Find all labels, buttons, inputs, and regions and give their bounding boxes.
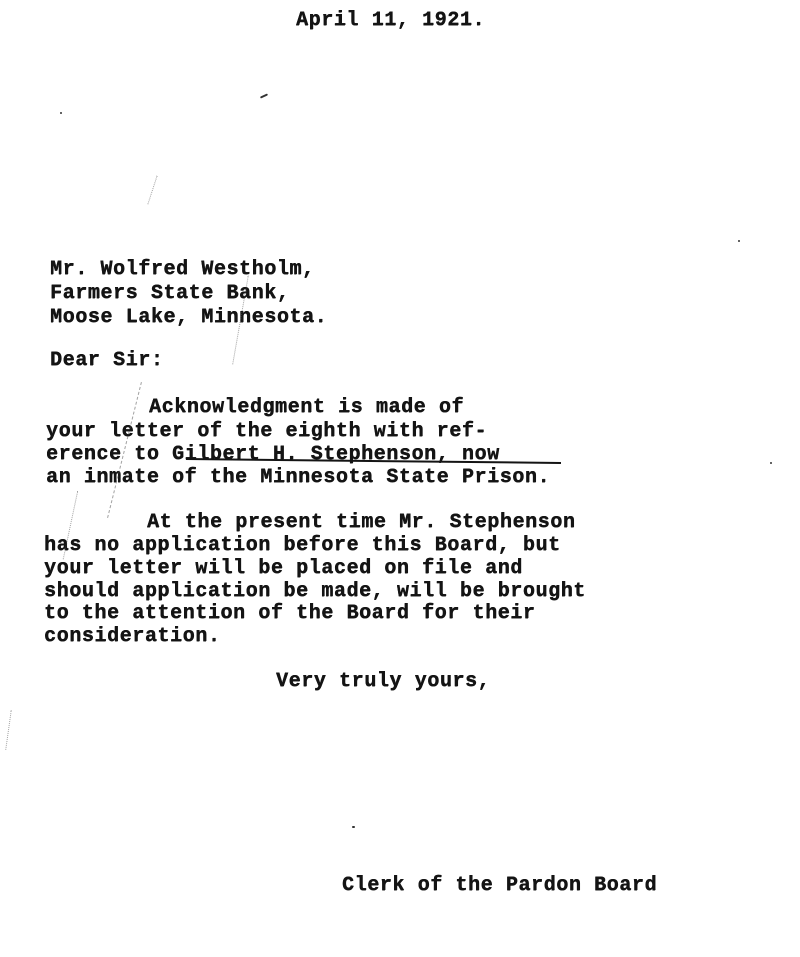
closing: Very truly yours,	[276, 671, 490, 693]
scan-artifact	[5, 710, 12, 750]
recipient-location: Moose Lake, Minnesota.	[50, 307, 327, 329]
letter-date: April 11, 1921.	[296, 10, 485, 32]
paragraph-2-line: has no application before this Board, bu…	[44, 535, 561, 557]
paragraph-1-line: your letter of the eighth with ref-	[46, 421, 487, 443]
paragraph-2-line: your letter will be placed on file and	[44, 558, 523, 580]
letter-page: April 11, 1921. Mr. Wolfred Westholm, Fa…	[0, 0, 800, 957]
recipient-name: Mr. Wolfred Westholm,	[50, 259, 315, 281]
signature: Clerk of the Pardon Board	[342, 875, 657, 897]
scan-artifact	[147, 176, 157, 205]
recipient-organization: Farmers State Bank,	[50, 283, 289, 305]
paragraph-2-line: consideration.	[44, 626, 220, 648]
paragraph-2-line: At the present time Mr. Stephenson	[147, 512, 575, 534]
scan-speck	[260, 93, 268, 98]
paragraph-1-line: Acknowledgment is made of	[149, 397, 464, 419]
salutation: Dear Sir:	[50, 350, 163, 372]
paragraph-2-line: to the attention of the Board for their	[44, 603, 535, 625]
paragraph-2-line: should application be made, will be brou…	[44, 581, 586, 603]
scan-speck	[352, 826, 355, 828]
scan-speck	[60, 112, 62, 114]
paragraph-1-line: an inmate of the Minnesota State Prison.	[46, 467, 550, 489]
scan-speck	[738, 240, 740, 242]
paragraph-1-line: erence to Gilbert H. Stephenson, now	[46, 444, 500, 466]
scan-speck	[770, 462, 772, 464]
